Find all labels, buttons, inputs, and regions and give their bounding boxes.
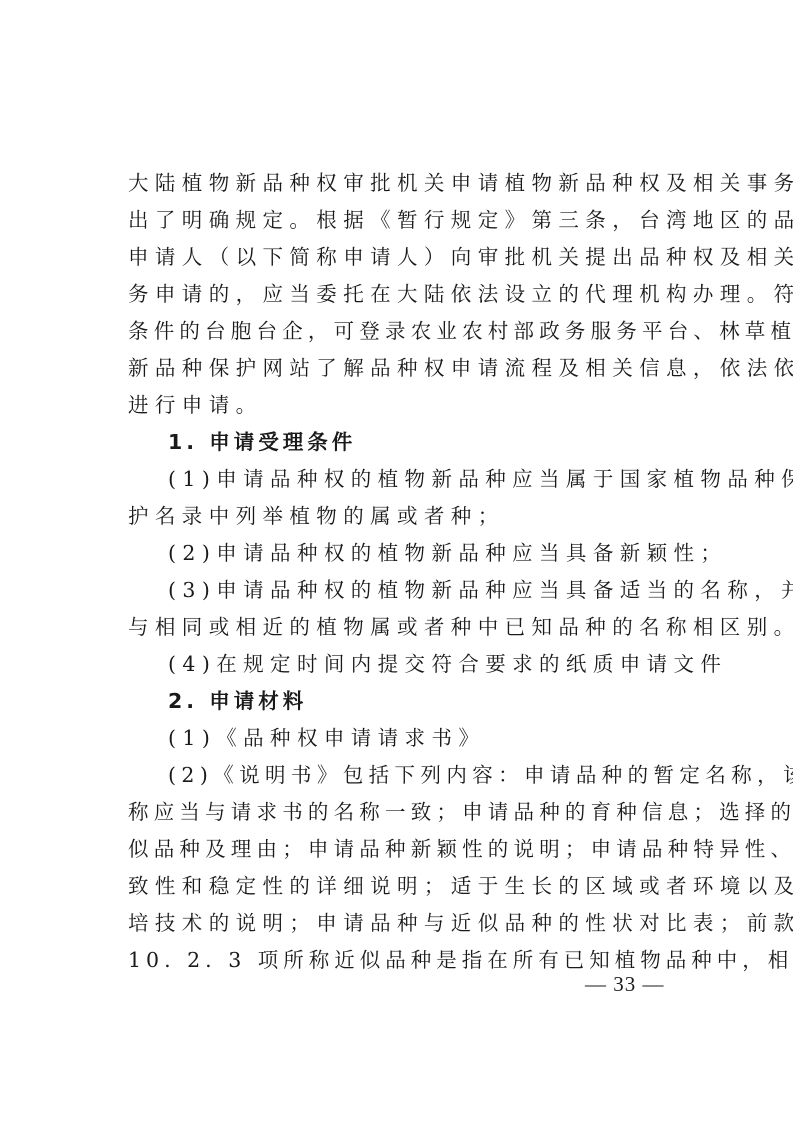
paragraph-line: 新品种保护网站了解品种权申请流程及相关信息，依法依规: [128, 350, 670, 387]
list-item-continuation: 似品种及理由；申请品种新颖性的说明；申请品种特异性、一: [128, 831, 670, 868]
page-number: — 33 —: [585, 972, 665, 997]
list-item: (3)申请品种权的植物新品种应当具备适当的名称，并: [128, 572, 670, 609]
list-item-continuation: 与相同或相近的植物属或者种中已知品种的名称相区别。: [128, 609, 670, 646]
list-item: (2)申请品种权的植物新品种应当具备新颖性；: [128, 535, 670, 572]
paragraph-line: 大陆植物新品种权审批机关申请植物新品种权及相关事务做: [128, 165, 670, 202]
paragraph-line: 出了明确规定。根据《暂行规定》第三条，台湾地区的品种权: [128, 202, 670, 239]
list-item-continuation: 护名录中列举植物的属或者种；: [128, 498, 670, 535]
paragraph-line: 进行申请。: [128, 387, 670, 424]
paragraph-line: 申请人（以下简称申请人）向审批机关提出品种权及相关事: [128, 239, 670, 276]
paragraph-line: 务申请的，应当委托在大陆依法设立的代理机构办理。符合: [128, 276, 670, 313]
list-item: (4)在规定时间内提交符合要求的纸质申请文件: [128, 646, 670, 683]
list-item: (2)《说明书》包括下列内容：申请品种的暂定名称，该名: [128, 757, 670, 794]
list-item: (1)申请品种权的植物新品种应当属于国家植物品种保: [128, 461, 670, 498]
list-item-continuation: 称应当与请求书的名称一致；申请品种的育种信息；选择的近: [128, 794, 670, 831]
section-heading-application-materials: 2. 申请材料: [128, 683, 670, 720]
section-heading-application-conditions: 1. 申请受理条件: [128, 424, 670, 461]
paragraph-line: 条件的台胞台企，可登录农业农村部政务服务平台、林草植物: [128, 313, 670, 350]
list-item-continuation: 致性和稳定性的详细说明；适于生长的区域或者环境以及栽: [128, 868, 670, 905]
list-item-continuation: 培技术的说明；申请品种与近似品种的性状对比表；前款第: [128, 905, 670, 942]
document-page: 大陆植物新品种权审批机关申请植物新品种权及相关事务做 出了明确规定。根据《暂行规…: [128, 165, 670, 979]
list-item: (1)《品种权申请请求书》: [128, 720, 670, 757]
